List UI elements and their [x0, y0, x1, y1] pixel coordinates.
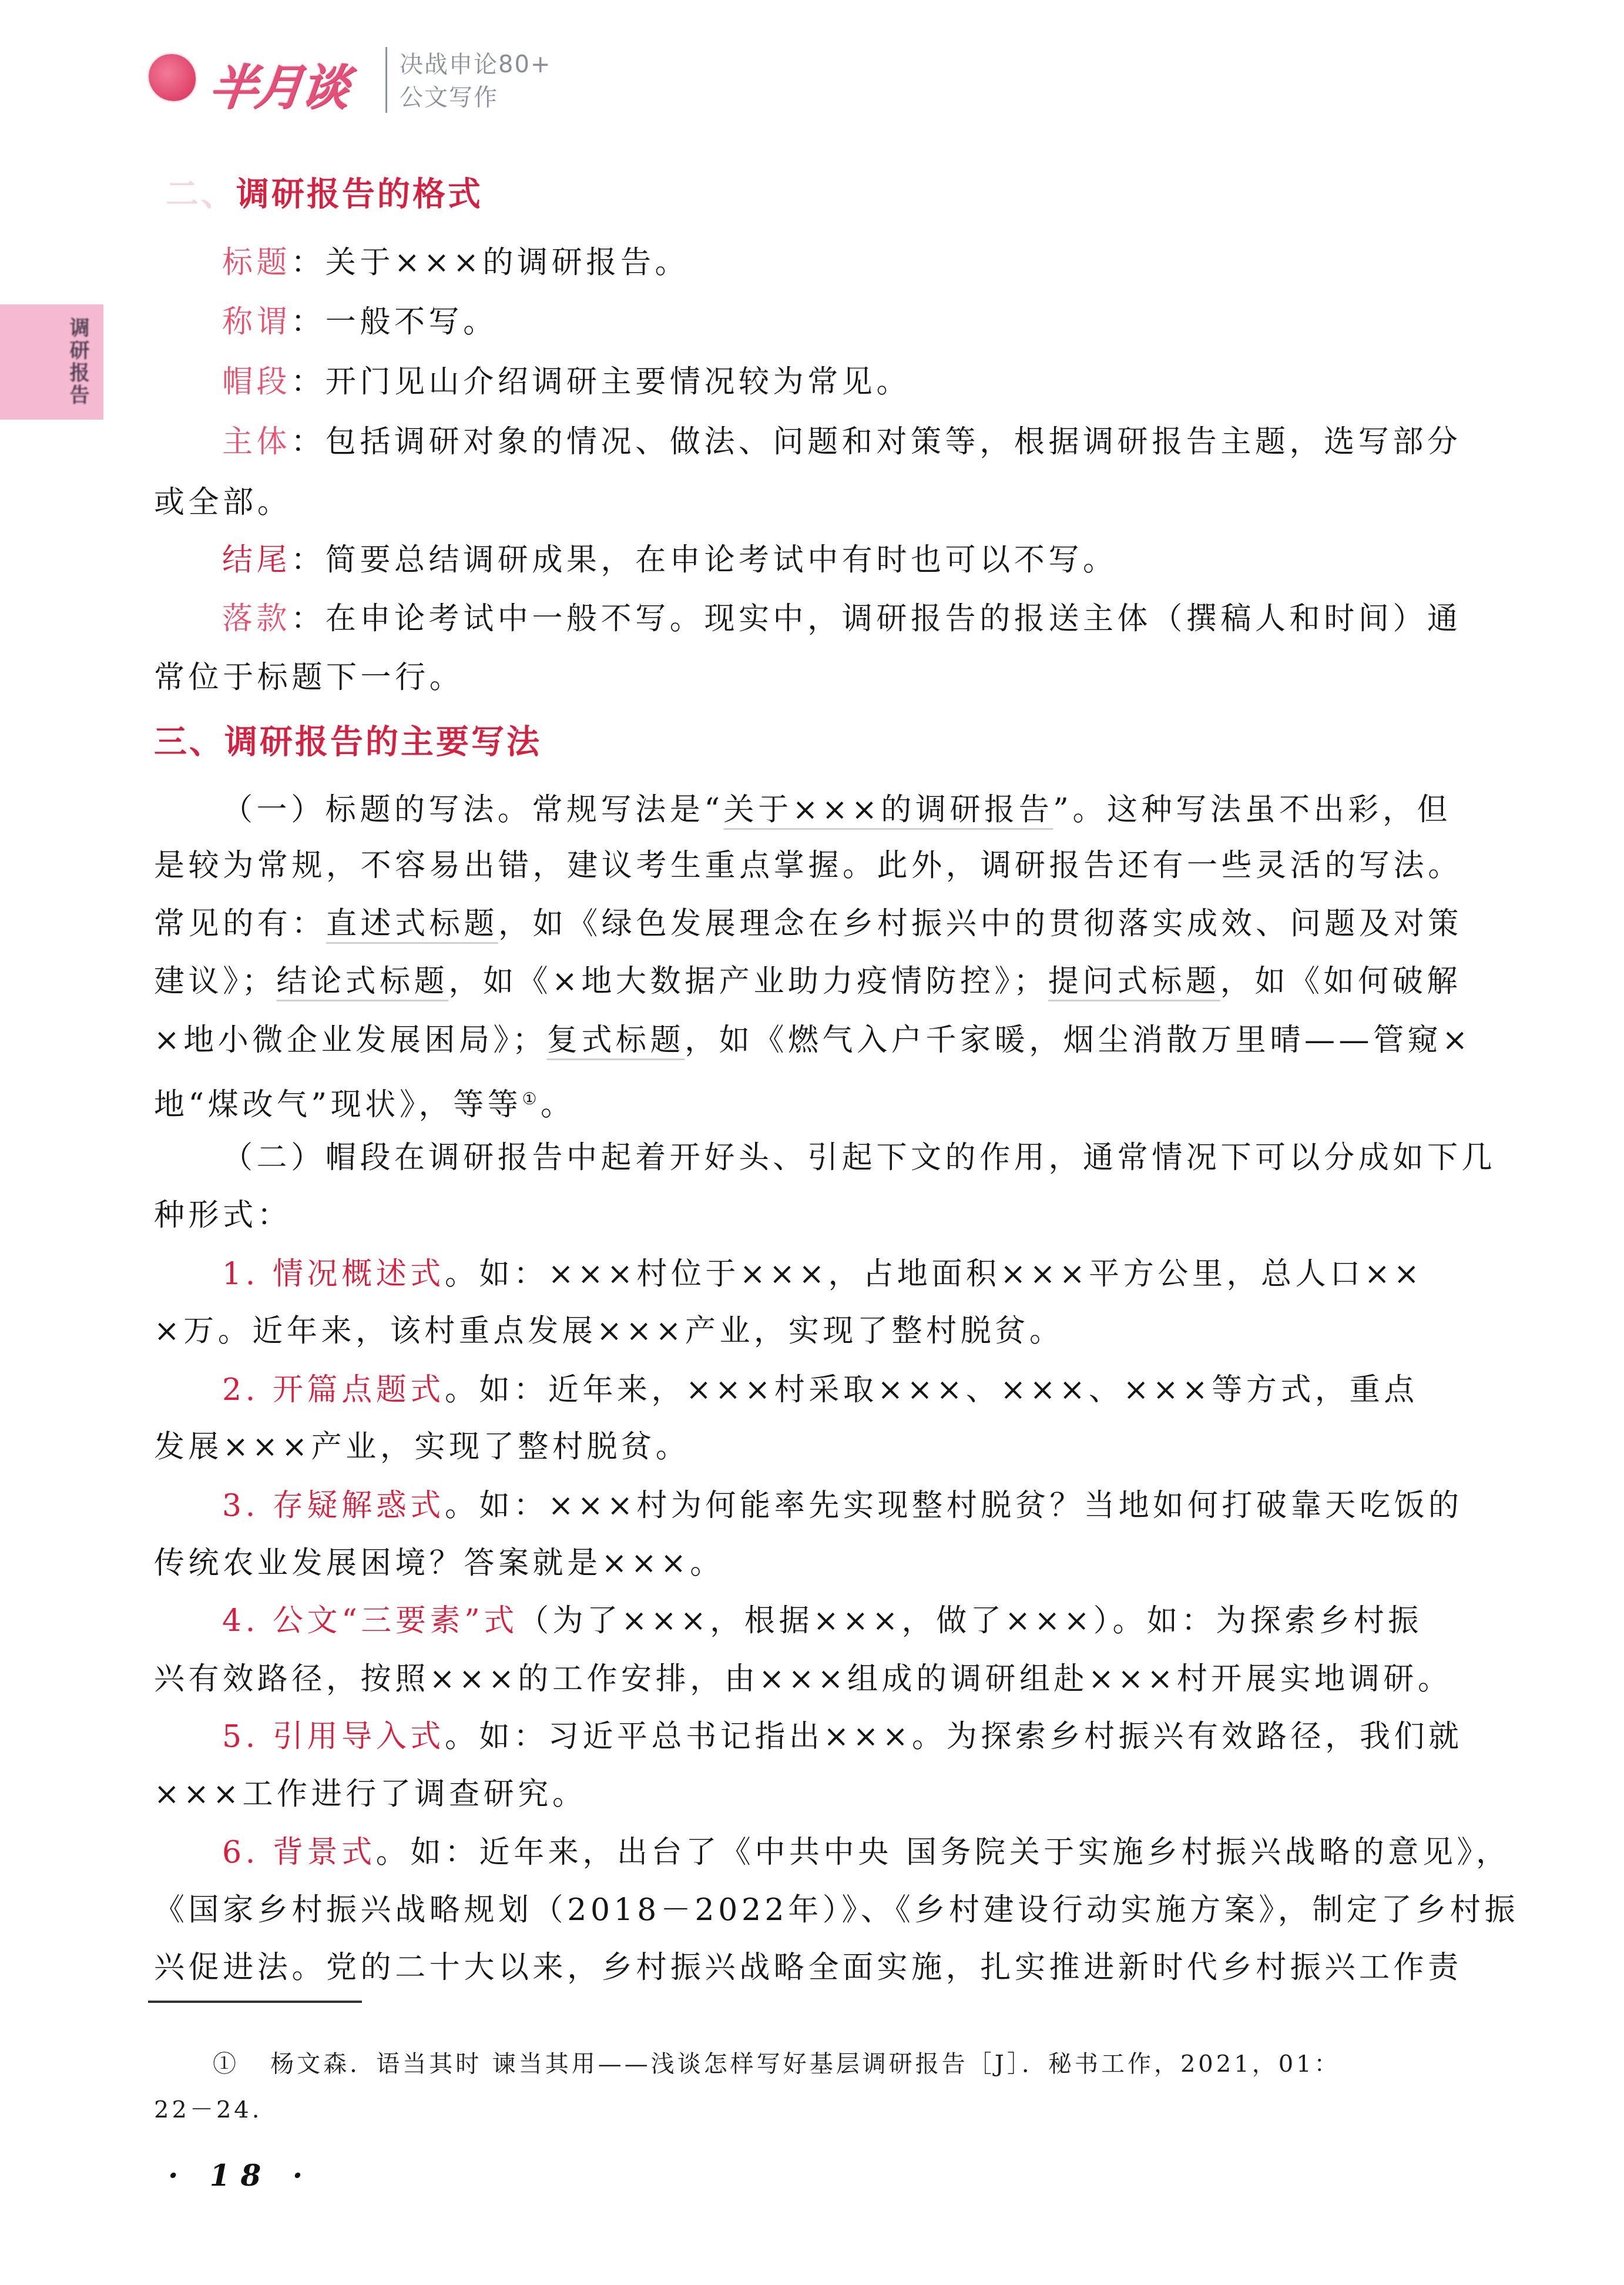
- text-run: ，如《燃气入户千家暖，烟尘消散万里晴——管窥×: [685, 1023, 1471, 1058]
- format-item-signature-cont: 常位于标题下一行。: [154, 660, 1469, 695]
- item-label: 帽段: [222, 364, 291, 400]
- form-item-3: 3. 存疑解惑式。如：×××村为何能率先实现整村脱贫？当地如何打破靠天吃饭的: [222, 1488, 1469, 1523]
- form-name: 情况概述式: [273, 1257, 445, 1292]
- form-name: 背景式: [273, 1835, 376, 1870]
- item-label: 标题: [222, 245, 291, 280]
- item-sep: ：: [291, 424, 326, 460]
- para1-line: （一）标题的写法。常规写法是“关于×××的调研报告”。这种写法虽不出彩，但: [222, 792, 1469, 827]
- text-run: ，如《如何破解: [1220, 964, 1461, 999]
- item-text: 简要总结调研成果，在申论考试中有时也可以不写。: [326, 542, 1118, 578]
- form-text: 。如：习近平总书记指出×××。为探索乡村振兴有效路径，我们就: [445, 1719, 1463, 1754]
- form-number: 5.: [222, 1719, 259, 1754]
- section-number: 二、: [166, 175, 236, 213]
- item-sep: ：: [291, 304, 326, 340]
- format-item-ending: 结尾：简要总结调研成果，在申论考试中有时也可以不写。: [222, 542, 1469, 578]
- form-number: 4.: [222, 1603, 259, 1639]
- footnote-ref-link[interactable]: ①: [522, 1089, 541, 1108]
- form-name: 引用导入式: [273, 1719, 445, 1754]
- footnote-line-cont: 22－24.: [154, 2096, 263, 2124]
- item-label: 称谓: [222, 304, 291, 340]
- item-sep: ：: [291, 245, 326, 280]
- logo-emblem-icon: [149, 54, 196, 101]
- underlined-text: 直述式标题: [326, 906, 498, 942]
- form-item-4: 4. 公文“三要素”式（为了×××，根据×××，做了×××）。如：为探索乡村振: [222, 1603, 1469, 1639]
- form-item-4-cont: 兴有效路径，按照×××的工作安排，由×××组成的调研组赴×××村开展实地调研。: [154, 1661, 1469, 1697]
- para1-line: 地“煤改气”现状》，等等①。: [154, 1081, 1469, 1117]
- form-item-2: 2. 开篇点题式。如：近年来，×××村采取×××、×××、×××等方式，重点: [222, 1372, 1469, 1408]
- para2-line: 种形式：: [154, 1198, 1469, 1233]
- form-item-6-cont: 兴促进法。党的二十大以来，乡村振兴战略全面实施，扎实推进新时代乡村振兴工作责: [154, 1950, 1469, 1985]
- form-item-2-cont: 发展×××产业，实现了整村脱贫。: [154, 1429, 1469, 1465]
- footnote-text: 杨文森．语当其时 谏当其用——浅谈怎样写好基层调研报告［J］．秘书工作，2021…: [270, 2051, 1340, 2078]
- footnote-divider: [148, 2001, 362, 2003]
- footnote-line: ① 杨文森．语当其时 谏当其用——浅谈怎样写好基层调研报告［J］．秘书工作，20…: [213, 2050, 1341, 2078]
- form-text: 。如：近年来，出台了《中共中央 国务院关于实施乡村振兴战略的意见》，: [376, 1835, 1511, 1870]
- form-item-1-cont: ×万。近年来，该村重点发展×××产业，实现了整村脱贫。: [154, 1314, 1469, 1349]
- text-run: ×地小微企业发展困局》；: [154, 1023, 547, 1058]
- item-label: 落款: [222, 601, 291, 636]
- underlined-text: 复式标题: [547, 1023, 685, 1058]
- brand-logo: 半月谈: [206, 49, 351, 118]
- page-number: · 18 ·: [168, 2158, 313, 2193]
- item-text: 在申论考试中一般不写。现实中，调研报告的报送主体（撰稿人和时间）通: [326, 601, 1462, 636]
- form-item-3-cont: 传统农业发展困境？答案就是×××。: [154, 1546, 1469, 1581]
- text-run: 地“煤改气”现状》，等等: [154, 1087, 522, 1123]
- item-label: 主体: [222, 424, 291, 460]
- underlined-text: 结论式标题: [276, 964, 448, 999]
- para1-line: 常见的有：直述式标题，如《绿色发展理念在乡村振兴中的贯彻落实成效、问题及对策: [154, 906, 1469, 942]
- para2-line: （二）帽段在调研报告中起着开好头、引起下文的作用，通常情况下可以分成如下几: [222, 1140, 1469, 1175]
- text-run: 是较为常规，不容易出错，建议考生重点掌握。此外，调研报告还有一些灵活的写法。: [154, 848, 1462, 883]
- header-divider: [385, 47, 387, 113]
- text-run: （一）标题的写法。常规写法是“: [222, 792, 724, 827]
- text-run: ，如《×地大数据产业助力疫情防控》；: [448, 964, 1048, 999]
- form-name: 公文“三要素”式: [273, 1603, 518, 1639]
- footnote-marker: ①: [213, 2051, 239, 2078]
- book-subtitle: 公文写作: [400, 79, 498, 112]
- item-text: 关于×××的调研报告。: [326, 245, 689, 280]
- form-item-6: 6. 背景式。如：近年来，出台了《中共中央 国务院关于实施乡村振兴战略的意见》，: [222, 1835, 1469, 1870]
- form-text: （为了×××，根据×××，做了×××）。如：为探索乡村振: [518, 1603, 1422, 1639]
- form-number: 1.: [222, 1257, 259, 1292]
- format-item-opening: 帽段：开门见山介绍调研主要情况较为常见。: [222, 364, 1469, 400]
- form-text: 。如：×××村为何能率先实现整村脱贫？当地如何打破靠天吃饭的: [445, 1488, 1463, 1523]
- form-number: 6.: [222, 1835, 259, 1870]
- underlined-text: 提问式标题: [1048, 964, 1220, 999]
- text-run: 。: [541, 1087, 575, 1123]
- para1-line: 是较为常规，不容易出错，建议考生重点掌握。此外，调研报告还有一些灵活的写法。: [154, 848, 1469, 883]
- section-heading-format: 二、调研报告的格式: [166, 175, 483, 213]
- format-item-body-cont: 或全部。: [154, 485, 1469, 520]
- para1-line: 建议》；结论式标题，如《×地大数据产业助力疫情防控》；提问式标题，如《如何破解: [154, 964, 1469, 999]
- item-text: 开门见山介绍调研主要情况较为常见。: [326, 364, 911, 400]
- text-run: 常见的有：: [154, 906, 326, 942]
- chapter-side-tab-label: 调研报告: [66, 317, 89, 407]
- format-item-salutation: 称谓：一般不写。: [222, 304, 1469, 340]
- text-run: ，如《绿色发展理念在乡村振兴中的贯彻落实成效、问题及对策: [498, 906, 1462, 942]
- form-name: 存疑解惑式: [273, 1488, 445, 1523]
- item-text: 包括调研对象的情况、做法、问题和对策等，根据调研报告主题，选写部分: [326, 424, 1462, 460]
- section-heading-methods: 三、调研报告的主要写法: [154, 723, 542, 760]
- format-item-signature: 落款：在申论考试中一般不写。现实中，调研报告的报送主体（撰稿人和时间）通: [222, 601, 1469, 636]
- form-text: 。如：近年来，×××村采取×××、×××、×××等方式，重点: [445, 1372, 1418, 1408]
- section-title: 调研报告的格式: [236, 175, 483, 213]
- form-item-6-cont: 《国家乡村振兴战略规划（2018－2022年）》、《乡村建设行动实施方案》，制定…: [154, 1892, 1469, 1928]
- format-item-body: 主体：包括调研对象的情况、做法、问题和对策等，根据调研报告主题，选写部分: [222, 424, 1469, 460]
- form-number: 2.: [222, 1372, 259, 1408]
- book-series-title: 决战申论80+: [400, 46, 551, 79]
- para1-line: ×地小微企业发展困局》；复式标题，如《燃气入户千家暖，烟尘消散万里晴——管窥×: [154, 1023, 1469, 1058]
- text-run: ”。这种写法虽不出彩，但: [1053, 792, 1451, 827]
- form-text: 。如：×××村位于×××，占地面积×××平方公里，总人口××: [445, 1257, 1423, 1292]
- form-number: 3.: [222, 1488, 259, 1523]
- form-name: 开篇点题式: [273, 1372, 445, 1408]
- text-run: 建议》；: [154, 964, 276, 999]
- form-item-5: 5. 引用导入式。如：习近平总书记指出×××。为探索乡村振兴有效路径，我们就: [222, 1719, 1469, 1754]
- underlined-text: 关于×××的调研报告: [724, 792, 1053, 827]
- item-label: 结尾: [222, 542, 291, 578]
- form-item-5-cont: ×××工作进行了调查研究。: [154, 1777, 1469, 1812]
- item-sep: ：: [291, 542, 326, 578]
- item-text: 一般不写。: [326, 304, 498, 340]
- format-item-title: 标题：关于×××的调研报告。: [222, 245, 1469, 280]
- form-item-1: 1. 情况概述式。如：×××村位于×××，占地面积×××平方公里，总人口××: [222, 1257, 1469, 1292]
- item-sep: ：: [291, 601, 326, 636]
- item-sep: ：: [291, 364, 326, 400]
